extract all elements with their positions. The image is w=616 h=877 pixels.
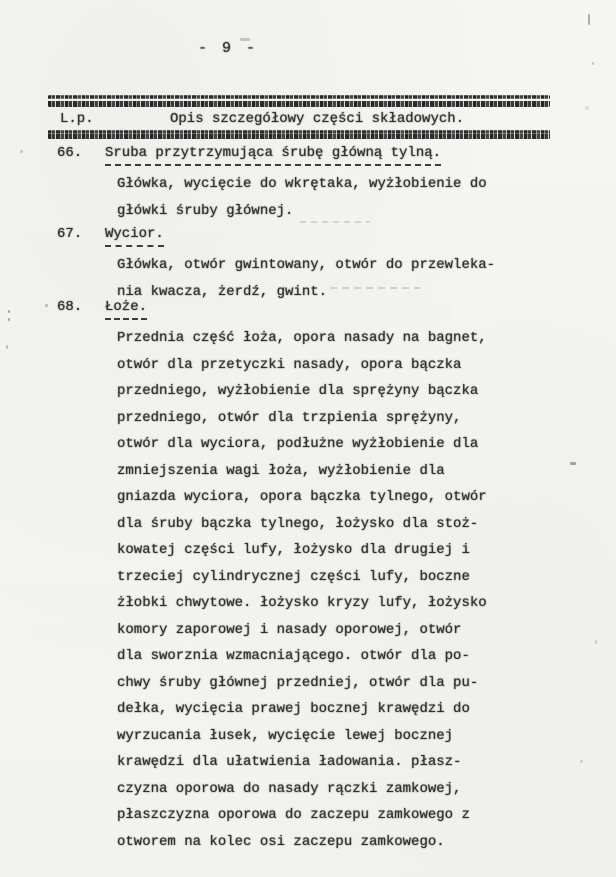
- text-line: dełka, wycięcia prawej bocznej krawędzi …: [117, 696, 567, 723]
- item-68: 68. Łoże. Przednia część łoża, opora nas…: [57, 299, 567, 855]
- scan-speckle: [8, 318, 10, 321]
- item-number: 68.: [57, 299, 105, 315]
- ornate-border-bottom: [48, 130, 550, 139]
- text-line: Główka, otwór gwintowany, otwór do przew…: [117, 252, 567, 279]
- text-line: gniazda wyciora, opora bączka tylnego, o…: [117, 484, 567, 511]
- text-line: komory zaporowej i nasady oporowej, otwó…: [117, 617, 567, 644]
- text-line: otworem na kolec osi zaczepu zamkowego.: [117, 829, 567, 856]
- ornate-border-top: [48, 95, 550, 107]
- page-number: - 9 -: [198, 40, 258, 57]
- text-line: krawędzi dla ułatwienia ładowania. płasz…: [117, 749, 567, 776]
- text-line: kowatej części lufy, łożysko dla drugiej…: [117, 537, 567, 564]
- scan-speckle: [240, 38, 250, 41]
- item-67-body: Główka, otwór gwintowany, otwór do przew…: [117, 252, 567, 305]
- item-title: Sruba przytrzymująca śrubę główną tylną.: [105, 145, 441, 166]
- item-68-body: Przednia część łoża, opora nasady na bag…: [117, 325, 567, 855]
- item-number: 67.: [57, 226, 105, 242]
- text-line: dla śruby bączka tylnego, łożysko dla st…: [117, 511, 567, 538]
- scan-speckle: [45, 304, 48, 307]
- text-line: zmniejszenia wagi łoża, wyżłobienie dla: [117, 458, 567, 485]
- text-line: wyrzucania łusek, wycięcie lewej bocznej: [117, 723, 567, 750]
- header-col-desc: Opis szczegółowy części składowych.: [170, 111, 464, 127]
- text-line: Przednia część łoża, opora nasady na bag…: [117, 325, 567, 352]
- scan-speckle: [585, 106, 589, 110]
- text-line: żłobki chwytowe. łożysko kryzy lufy, łoż…: [117, 590, 567, 617]
- item-66-head: 66. Sruba przytrzymująca śrubę główną ty…: [57, 145, 567, 166]
- scan-speckle: [592, 62, 594, 65]
- scan-speckle: [570, 462, 576, 465]
- scanned-page: - 9 - L.p. Opis szczegółowy części skład…: [0, 0, 616, 877]
- text-line: Główka, wycięcie do wkrętaka, wyżłobieni…: [117, 171, 567, 198]
- table-header: L.p. Opis szczegółowy części składowych.: [48, 95, 550, 139]
- table-header-row: L.p. Opis szczegółowy części składowych.: [48, 107, 550, 130]
- item-66: 66. Sruba przytrzymująca śrubę główną ty…: [57, 145, 567, 224]
- text-line: przedniego, wyżłobienie dla sprężyny bąc…: [117, 378, 567, 405]
- scan-speckle: [595, 640, 597, 644]
- scan-speckle: [330, 287, 420, 289]
- text-line: otwór dla wyciora, podłużne wyżłobienie …: [117, 431, 567, 458]
- item-title: Łoże.: [105, 299, 147, 320]
- text-line: płaszczyzna oporowa do zaczepu zamkowego…: [117, 802, 567, 829]
- text-line: otwór dla przetyczki nasady, opora bączk…: [117, 352, 567, 379]
- text-line: trzeciej cylindrycznej części lufy, bocz…: [117, 564, 567, 591]
- scan-speckle: [300, 221, 370, 223]
- scan-speckle: [8, 310, 10, 313]
- item-number: 66.: [57, 145, 105, 161]
- scan-speckle: [20, 150, 23, 153]
- text-line: przedniego, otwór dla trzpienia sprężyny…: [117, 405, 567, 432]
- item-67-head: 67. Wycior.: [57, 226, 567, 247]
- item-67: 67. Wycior. Główka, otwór gwintowany, ot…: [57, 226, 567, 305]
- text-line: chwy śruby głównej przedniej, otwór dla …: [117, 670, 567, 697]
- text-line: czyzna oporowa do nasady rączki zamkowej…: [117, 776, 567, 803]
- item-68-head: 68. Łoże.: [57, 299, 567, 320]
- item-66-body: Główka, wycięcie do wkrętaka, wyżłobieni…: [117, 171, 567, 224]
- scan-speckle: [588, 14, 590, 25]
- item-title: Wycior.: [105, 226, 164, 247]
- text-line: dla sworznia wzmacniającego. otwór dla p…: [117, 643, 567, 670]
- scan-speckle: [6, 345, 8, 349]
- header-col-lp: L.p.: [60, 111, 170, 127]
- scan-speckle: [580, 760, 583, 763]
